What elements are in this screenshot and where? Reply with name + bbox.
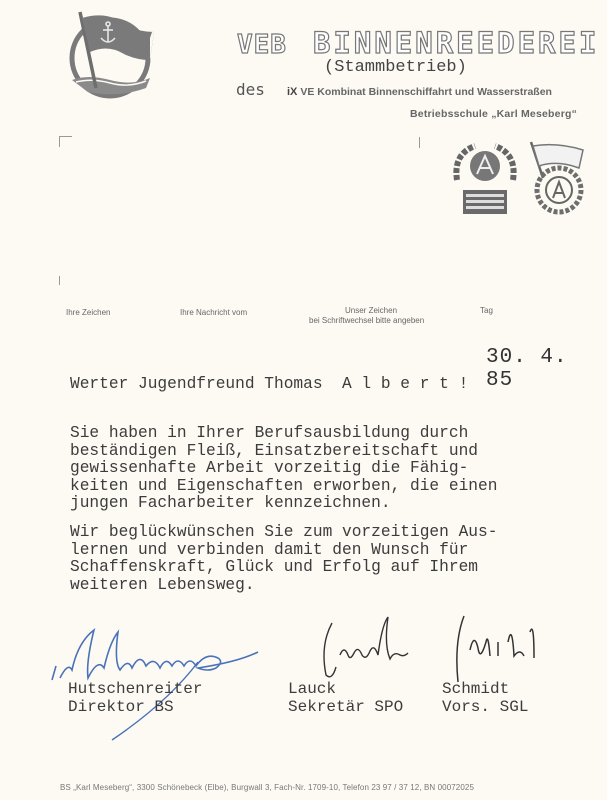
- corner-mark: [419, 137, 420, 148]
- letter-date: 30. 4. 85: [486, 346, 607, 392]
- company-name: VEBBINNENREEDEREI: [237, 26, 599, 60]
- ihre-zeichen-label: Ihre Zeichen: [66, 308, 110, 317]
- signatory-hutschenreiter: HutschenreiterDirektor BS: [68, 680, 202, 716]
- signatory-schmidt: SchmidtVors. SGL: [442, 680, 528, 716]
- company-logo-icon: [58, 8, 158, 100]
- footer-address: BS „Karl Meseberg“, 3300 Schönebeck (Elb…: [60, 783, 474, 792]
- signatory-lauck: LauckSekretär SPO: [288, 680, 403, 716]
- fold-mark: [59, 276, 60, 285]
- corner-mark: [59, 136, 60, 147]
- fdj-flag-emblem-icon: [527, 138, 587, 218]
- unser-zeichen-label: Unser Zeichen: [345, 306, 397, 315]
- paragraph-1: Sie haben in Ihrer Berufsausbildung durc…: [70, 425, 497, 513]
- signatory-name: Hutschenreiter: [68, 680, 202, 698]
- ihre-nachricht-label: Ihre Nachricht vom: [180, 308, 247, 317]
- signatory-title: Sekretär SPO: [288, 698, 403, 716]
- des-label: des: [236, 80, 265, 99]
- school-name: Betriebsschule „Karl Meseberg“: [410, 108, 577, 120]
- signatory-name: Lauck: [288, 680, 403, 698]
- paragraph-2: Wir beglückwünschen Sie zum vorzeitigen …: [70, 524, 497, 594]
- tag-label: Tag: [480, 306, 493, 315]
- kombinat-mark: iX: [287, 86, 297, 98]
- company-subtitle: (Stammbetrieb): [324, 58, 467, 77]
- unser-zeichen-note: bei Schriftwechsel bitte angeben: [309, 316, 424, 325]
- corner-mark: [59, 136, 72, 137]
- signatory-title: Direktor BS: [68, 698, 202, 716]
- salutation: Werter Jugendfreund Thomas A l b e r t !: [70, 376, 468, 394]
- signatory-name: Schmidt: [442, 680, 528, 698]
- signature-lauck: [318, 615, 428, 685]
- kombinat-line: iX VE Kombinat Binnenschiffahrt und Wass…: [287, 86, 552, 98]
- signatory-title: Vors. SGL: [442, 698, 528, 716]
- gdr-wreath-emblem-icon: [449, 140, 521, 218]
